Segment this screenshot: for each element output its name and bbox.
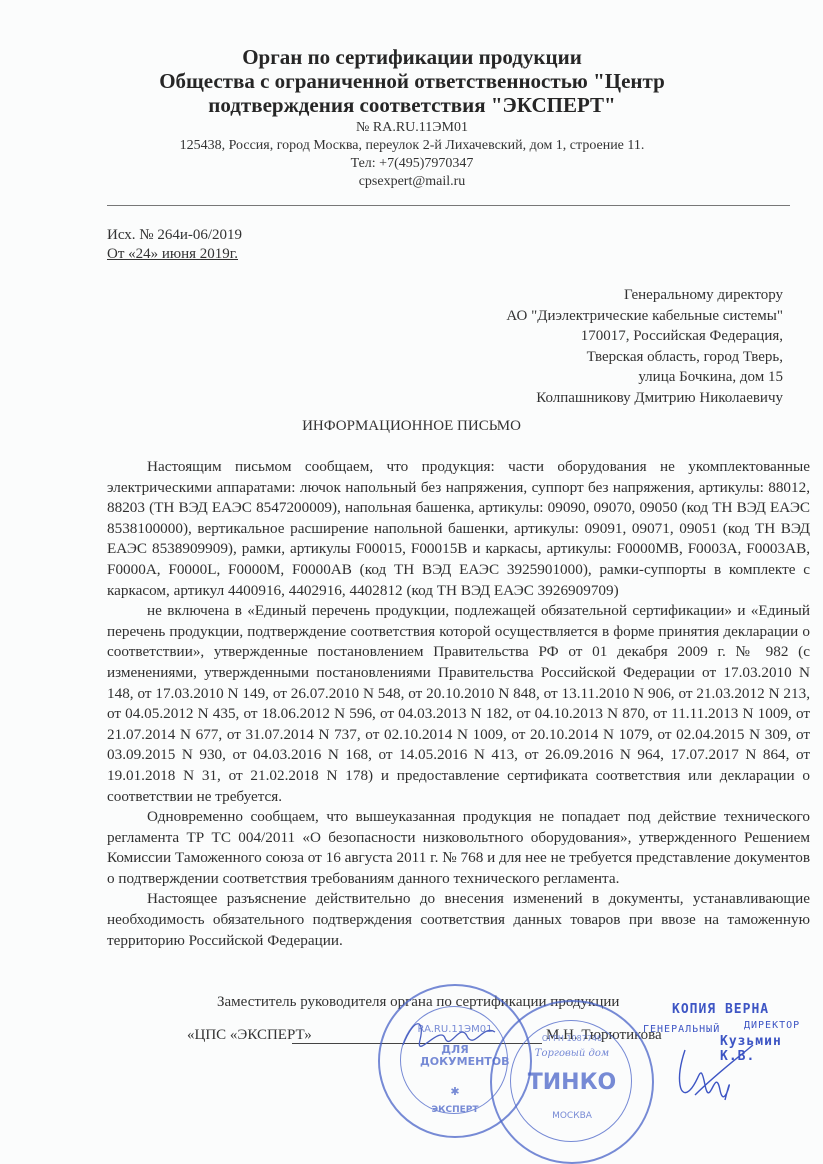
addressee-block: Генеральному директору АО "Диэлектрическ…	[363, 285, 783, 408]
organization-phone: Тел: +7(495)7970347	[0, 154, 823, 173]
certified-copy-label: КОПИЯ ВЕРНА	[672, 1002, 769, 1017]
addressee-line: Генеральному директору	[363, 285, 783, 306]
body-paragraph: Настоящее разъяснение действительно до в…	[107, 889, 810, 951]
stamp-tinko-sub: Торговый дом	[492, 1047, 652, 1060]
stamp-tinko-logo: ТИНКО	[492, 1070, 652, 1096]
certified-copy-position: ГЕНЕРАЛЬНЫЙ	[643, 1022, 720, 1037]
addressee-line: АО "Диэлектрические кабельные системы"	[363, 306, 783, 327]
organization-address: 125438, Россия, город Москва, переулок 2…	[0, 136, 823, 155]
header-title-line-3: подтверждения соответствия "ЭКСПЕРТ"	[0, 93, 823, 117]
header-title-line-1: Орган по сертификации продукции	[0, 45, 823, 69]
signatory-organization: «ЦПС «ЭКСПЕРТ»	[187, 1027, 312, 1044]
organization-email: cpsexpert@mail.ru	[0, 172, 823, 191]
body-paragraph: не включена в «Единый перечень продукции…	[107, 601, 810, 807]
letter-title: ИНФОРМАЦИОННОЕ ПИСЬМО	[0, 418, 823, 435]
addressee-line: Колпашникову Дмитрию Николаевичу	[363, 388, 783, 409]
letter-body: Настоящим письмом сообщаем, что продукци…	[107, 457, 810, 951]
addressee-line: 170017, Российская Федерация,	[363, 326, 783, 347]
header-title-line-2: Общества с ограниченной ответственностью…	[0, 69, 823, 93]
stamp-tinko-ogrn: ОГРН 1087746	[492, 1032, 652, 1045]
stamp-tinko-city: МОСКВА	[492, 1110, 652, 1123]
body-paragraph: Настоящим письмом сообщаем, что продукци…	[107, 457, 810, 601]
header-divider	[107, 205, 790, 206]
addressee-line: Тверская область, город Тверь,	[363, 347, 783, 368]
body-paragraph: Одновременно сообщаем, что вышеуказанная…	[107, 807, 810, 889]
outgoing-number: Исх. № 264и-06/2019	[107, 226, 242, 245]
outgoing-date: От «24» июня 2019г.	[107, 245, 238, 264]
tinko-round-stamp-icon: ОГРН 1087746 Торговый дом ТИНКО МОСКВА	[490, 1000, 654, 1164]
stamp-cps-center: ДЛЯ ДОКУМЕНТОВ	[420, 1044, 490, 1068]
addressee-line: улица Бочкина, дом 15	[363, 367, 783, 388]
copy-signature-icon	[665, 1040, 755, 1110]
certified-copy-position-2: ДИРЕКТОР	[744, 1018, 800, 1033]
registration-number: № RA.RU.11ЭМ01	[0, 118, 823, 137]
